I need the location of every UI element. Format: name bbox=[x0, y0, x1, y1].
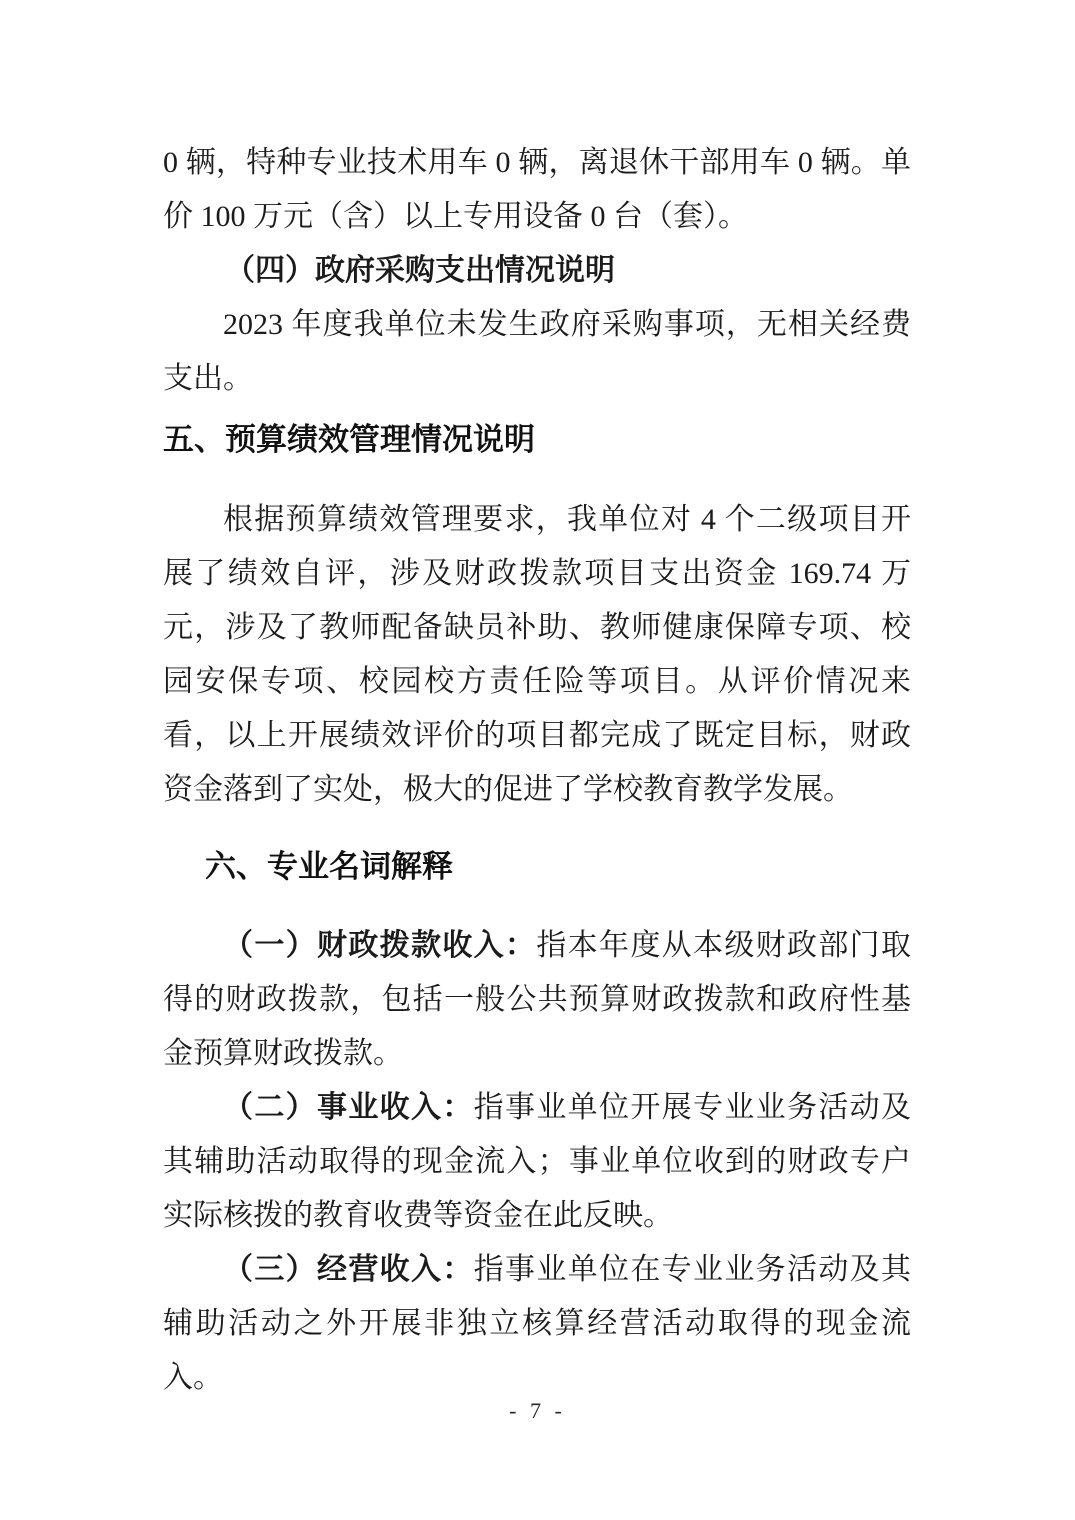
page-number: - 7 - bbox=[0, 1398, 1075, 1424]
term-lead-institutional-income: （二）事业收入： bbox=[223, 1091, 474, 1124]
term-paragraph-institutional-income: （二）事业收入：指事业单位开展专业业务活动及其辅助活动取得的现金流入；事业单位收… bbox=[163, 1081, 911, 1243]
term-paragraph-operating-income: （三）经营收入：指事业单位在专业业务活动及其辅助活动之外开展非独立核算经营活动取… bbox=[163, 1243, 911, 1405]
document-page: 0 辆，特种专业技术用车 0 辆，离退休干部用车 0 辆。单价 100 万元（含… bbox=[0, 0, 1075, 1520]
section6-heading: 六、专业名词解释 bbox=[163, 840, 911, 894]
carryover-paragraph: 0 辆，特种专业技术用车 0 辆，离退休干部用车 0 辆。单价 100 万元（含… bbox=[163, 136, 911, 244]
section5-heading: 五、预算绩效管理情况说明 bbox=[163, 413, 911, 467]
section4-paragraph: 2023 年度我单位未发生政府采购事项，无相关经费支出。 bbox=[163, 298, 911, 406]
term-paragraph-fiscal-appropriation-income: （一）财政拨款收入：指本年度从本级财政部门取得的财政拨款，包括一般公共预算财政拨… bbox=[163, 919, 911, 1081]
section5-paragraph: 根据预算绩效管理要求，我单位对 4 个二级项目开展了绩效自评，涉及财政拨款项目支… bbox=[163, 493, 911, 817]
section4-heading: （四）政府采购支出情况说明 bbox=[163, 244, 911, 298]
term-lead-operating-income: （三）经营收入： bbox=[223, 1253, 474, 1286]
term-lead-fiscal-appropriation-income: （一）财政拨款收入： bbox=[223, 929, 536, 962]
document-body: 0 辆，特种专业技术用车 0 辆，离退休干部用车 0 辆。单价 100 万元（含… bbox=[163, 136, 911, 1405]
